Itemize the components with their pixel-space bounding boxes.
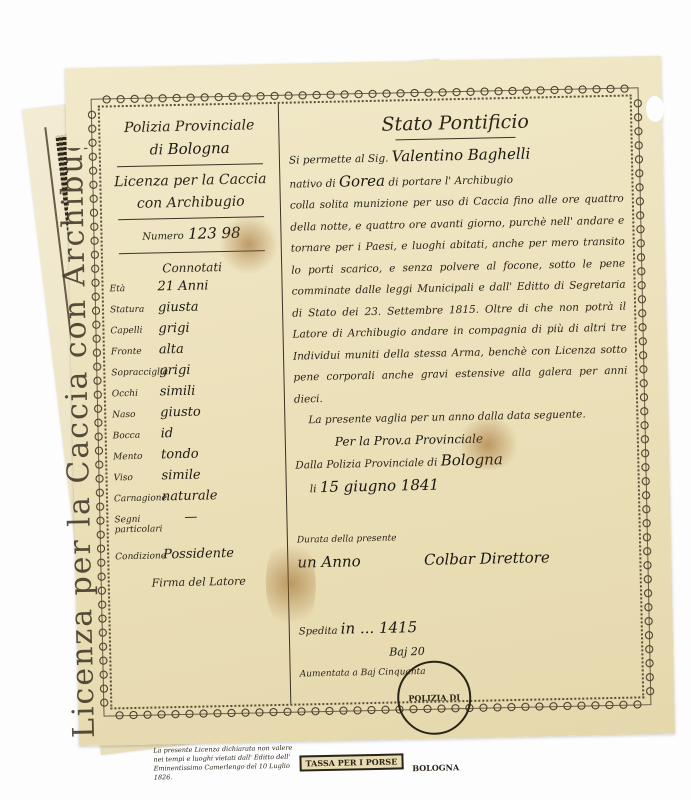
field-value: simile [161,468,200,484]
field-value: Possidente [163,546,234,562]
field-label: Fronte [111,346,159,357]
field-value: simili [160,384,196,400]
birthplace-prefix: nativo di [289,177,336,190]
city-line: di Bologna [106,136,272,162]
field-value: giusta [158,300,199,316]
dispatched-value: in ... 1415 [341,618,418,638]
document-title: Stato Pontificio [288,105,623,142]
signature-label: Firma del Latore [116,570,282,595]
number-label: Numero [142,231,184,243]
license-title: Licenza per la Caccia [107,168,273,193]
hunting-license-document: Licenza per la Caccia con Archibugio Pol… [65,56,675,746]
tax-stamp: TASSA PER I PORSE [299,753,403,771]
issuer-prefix: Dalla Polizia Provinciale di [295,457,437,472]
chain-border-right [632,96,657,696]
license-main-column: Stato Pontificio Si permette al Sig. Val… [288,105,634,686]
field-label: Condizione [115,551,163,562]
director-signature: Colbar Direttore [424,548,550,569]
police-seal-stamp: POLIZIA DI BOLOGNA [396,660,472,736]
field-value: 21 Anni [157,278,208,294]
field-value: tondo [161,447,199,463]
field-label: Età [110,283,158,294]
holder-name: Valentino Baghelli [392,145,531,166]
field-label: Mento [113,451,161,462]
dispatched-label: Spedita [299,626,338,638]
city-handwritten: Bologna [167,139,229,158]
field-label: Naso [112,409,160,420]
field-row: CondizionePossidente [115,545,281,569]
footer-note: La presente Licenza dichiarata non valer… [153,744,294,783]
birthplace: Gorea [339,171,385,190]
field-label: Segni particolari [114,514,184,535]
field-value: naturale [162,488,218,504]
holder-prefix: Si permette al Sig. [289,153,389,167]
field-label: Carnagione [114,493,162,504]
date-prefix: li [310,483,317,495]
license-body-text: colla solita munizione per uso di Caccia… [290,189,628,411]
field-value: alta [159,342,184,358]
field-label: Sopracciglia [111,367,159,378]
field-label: Bocca [113,430,161,441]
city-prefix: di [150,142,164,158]
field-label: Statura [110,304,158,315]
field-value: grigi [158,321,189,337]
field-value: — [184,510,197,525]
field-label: Viso [113,472,161,483]
rule [117,163,263,167]
license-subtitle: con Archibugio [108,190,274,215]
ornamental-frame: Polizia Provinciale di Bologna Licenza p… [98,94,645,709]
field-value: grigi [159,363,190,379]
chain-border-top [100,82,630,105]
authority-heading: Polizia Provinciale [106,114,272,139]
paper-hole [646,96,665,122]
issue-date: 15 giugno 1841 [320,475,440,495]
field-label: Capelli [110,325,158,336]
field-label: Occhi [112,388,160,399]
field-row: Segni particolari— [114,508,280,532]
birthplace-suffix: di portare l' Archibugio [388,173,513,188]
field-value: id [160,426,173,441]
field-value: giusto [160,405,201,421]
chain-border-bottom [112,698,642,721]
license-stub-column: Polizia Provinciale di Bologna Licenza p… [106,114,282,595]
